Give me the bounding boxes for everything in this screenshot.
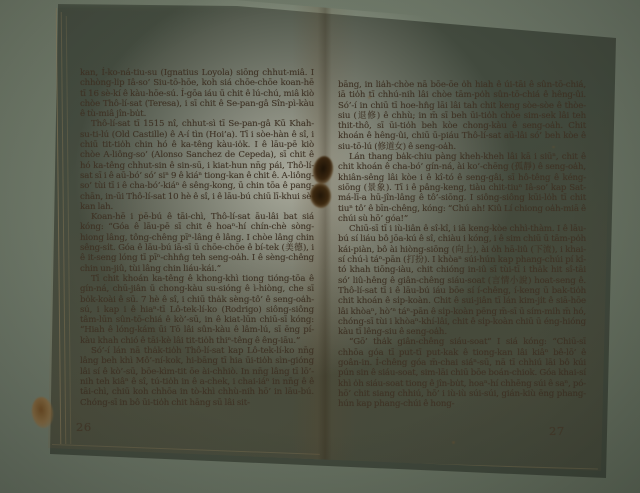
paragraph: Chiū-sī tī i iù-liân ê sî-kî, i iā keng-… xyxy=(338,224,586,337)
paragraph: Tī chit khoán ka-têng ê khong-khì tiong … xyxy=(80,274,314,346)
foxing-spot xyxy=(452,441,455,444)
paragraph: bāng, in lia̍h-chòe nā bōe-ōe o̍h hiah ê… xyxy=(338,80,586,152)
paragraph: Koan-hē i pē-bú ê tāi-chì, Thô-lí-sat āu… xyxy=(80,212,314,274)
paragraph: Lán thang ba̍k-chiu pàng kheh-kheh lâi k… xyxy=(338,152,586,224)
right-page-text: bāng, in lia̍h-chòe nā bōe-ōe o̍h hiah ê… xyxy=(338,80,586,410)
page-number-left: 26 xyxy=(76,420,92,434)
paragraph: Só’-í lán nā tha̍k-tio̍h Thô-lí-sat kap … xyxy=(80,346,314,408)
paragraph: Thô-lí-sat tī 1515 nî, chhut-sì tī Se-pa… xyxy=(80,119,314,212)
foxing-spot xyxy=(368,96,371,99)
photo-background: kan, Í-ko-ná-tiu-su (Ignatius Loyola) si… xyxy=(0,0,640,493)
paragraph: “Gō’ tha̍k giân-chêng siáu-soat” I siá k… xyxy=(338,337,586,409)
left-page-text: kan, Í-ko-ná-tiu-su (Ignatius Loyola) si… xyxy=(80,68,314,408)
foxing-spot xyxy=(140,212,142,214)
page-number-right: 27 xyxy=(549,424,565,438)
open-book: kan, Í-ko-ná-tiu-su (Ignatius Loyola) si… xyxy=(0,0,640,493)
paragraph: kan, Í-ko-ná-tiu-su (Ignatius Loyola) si… xyxy=(80,68,314,119)
page-edge-line xyxy=(66,16,71,444)
foxing-spot xyxy=(552,146,555,148)
